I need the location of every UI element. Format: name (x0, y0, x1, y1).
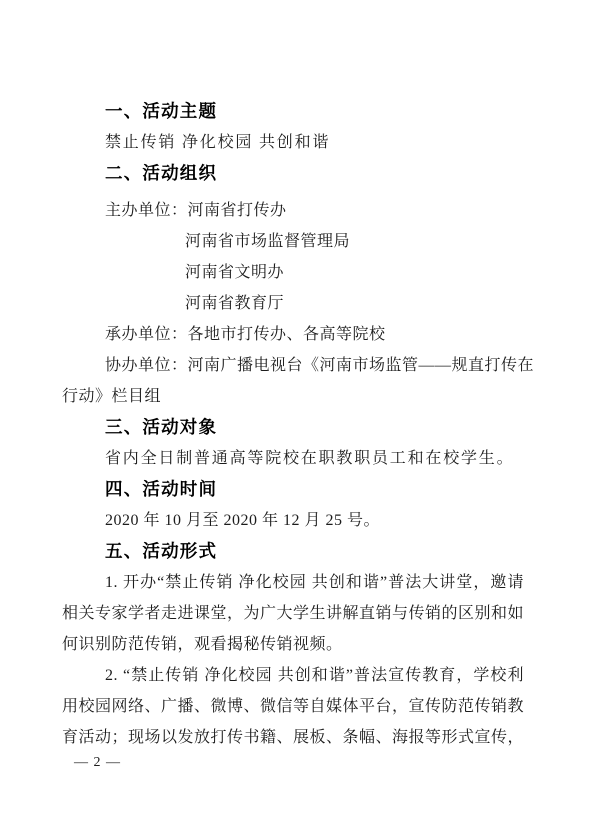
doc-line: 河南省市场监督管理局 (62, 226, 524, 257)
document-body: 一、活动主题禁止传销 净化校园 共创和谐二、活动组织主办单位：河南省打传办河南省… (62, 96, 524, 753)
doc-line: 2. “禁止传销 净化校园 共创和谐”普法宣传教育，学校利 (62, 660, 524, 691)
doc-line: 禁止传销 净化校园 共创和谐 (62, 127, 524, 158)
doc-heading-line: 五、活动形式 (62, 536, 524, 567)
doc-line: 省内全日制普通高等院校在职教职员工和在校学生。 (62, 443, 524, 474)
doc-line: 育活动；现场以发放打传书籍、展板、条幅、海报等形式宣传， (62, 722, 524, 753)
doc-line: 2020 年 10 月至 2020 年 12 月 25 号。 (62, 505, 524, 536)
doc-heading-line: 四、活动时间 (62, 474, 524, 505)
doc-line: 河南省教育厅 (62, 288, 524, 319)
doc-line: 协办单位：河南广播电视台《河南市场监管——规直打传在 (62, 350, 524, 381)
doc-heading-line: 一、活动主题 (62, 96, 524, 127)
doc-line: 1. 开办“禁止传销 净化校园 共创和谐”普法大讲堂，邀请 (62, 567, 524, 598)
doc-line: 相关专家学者走进课堂，为广大学生讲解直销与传销的区别和如 (62, 598, 524, 629)
page-number: — 2 — (74, 753, 121, 773)
doc-line: 主办单位：河南省打传办 (62, 195, 524, 226)
doc-line: 用校园网络、广播、微博、微信等自媒体平台，宣传防范传销教 (62, 691, 524, 722)
document-page: 一、活动主题禁止传销 净化校园 共创和谐二、活动组织主办单位：河南省打传办河南省… (0, 0, 594, 837)
doc-line: 河南省文明办 (62, 257, 524, 288)
doc-heading-line: 二、活动组织 (62, 158, 524, 189)
doc-heading-line: 三、活动对象 (62, 412, 524, 443)
doc-line: 行动》栏目组 (62, 381, 524, 412)
doc-line: 承办单位：各地市打传办、各高等院校 (62, 319, 524, 350)
doc-line: 何识别防范传销，观看揭秘传销视频。 (62, 629, 524, 660)
